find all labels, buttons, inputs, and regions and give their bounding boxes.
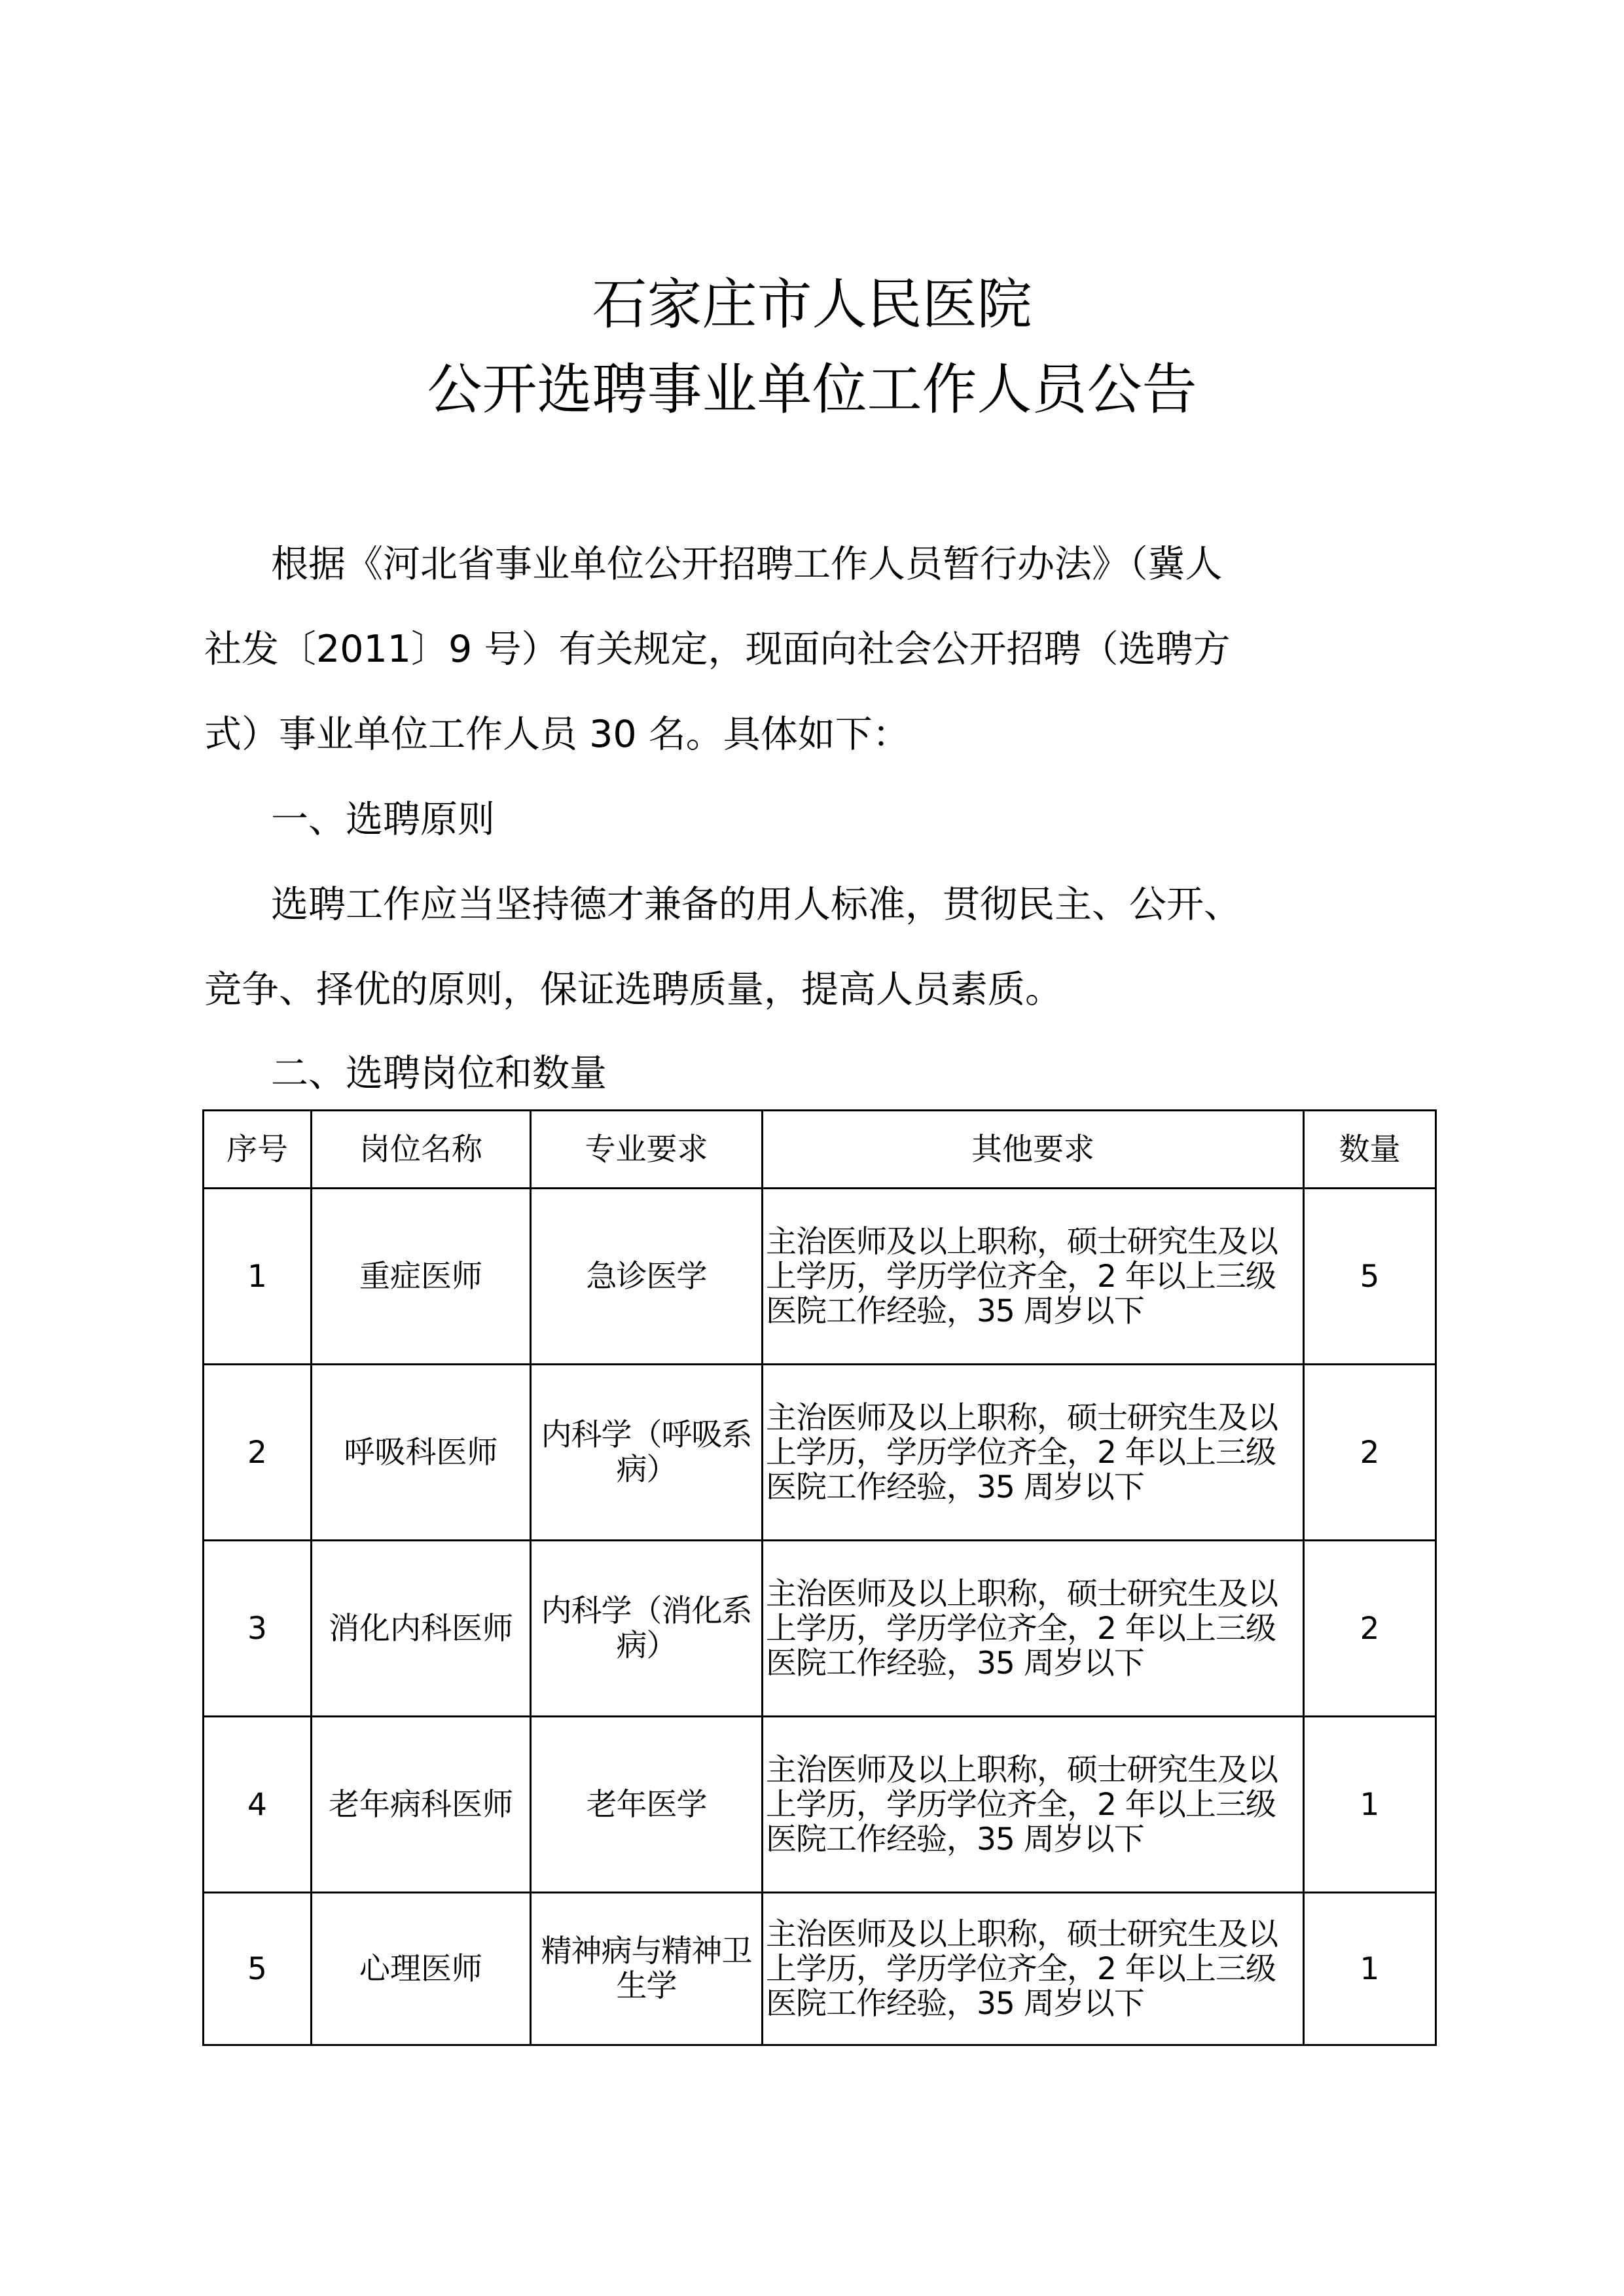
cell-major: 内科学（呼吸系病）: [531, 1365, 763, 1541]
cell-major: 老年医学: [531, 1717, 763, 1893]
table-row: 2 呼吸科医师 内科学（呼吸系病） 主治医师及以上职称，硕士研究生及以上学历，学…: [204, 1365, 1436, 1541]
cell-serial: 4: [204, 1717, 312, 1893]
cell-count: 2: [1304, 1541, 1436, 1717]
header-position: 岗位名称: [312, 1111, 531, 1189]
document-title-line-1: 石家庄市人民医院: [0, 272, 1624, 337]
section1-line-2: 竞争、择优的原则，保证选聘质量，提高人员素质。: [204, 963, 1435, 1016]
cell-count: 2: [1304, 1365, 1436, 1541]
intro-line-3: 式）事业单位工作人员 30 名。具体如下：: [204, 708, 1435, 761]
cell-other: 主治医师及以上职称，硕士研究生及以上学历，学历学位齐全，2 年以上三级医院工作经…: [763, 1541, 1304, 1717]
cell-major: 精神病与精神卫生学: [531, 1893, 763, 2045]
table-row: 3 消化内科医师 内科学（消化系病） 主治医师及以上职称，硕士研究生及以上学历，…: [204, 1541, 1436, 1717]
cell-major: 急诊医学: [531, 1189, 763, 1365]
cell-position: 心理医师: [312, 1893, 531, 2045]
header-count: 数量: [1304, 1111, 1436, 1189]
cell-serial: 2: [204, 1365, 312, 1541]
cell-count: 1: [1304, 1893, 1436, 2045]
cell-other: 主治医师及以上职称，硕士研究生及以上学历，学历学位齐全，2 年以上三级医院工作经…: [763, 1893, 1304, 2045]
cell-position: 老年病科医师: [312, 1717, 531, 1893]
document-title-line-2: 公开选聘事业单位工作人员公告: [0, 357, 1624, 422]
cell-major: 内科学（消化系病）: [531, 1541, 763, 1717]
table-header-row: 序号 岗位名称 专业要求 其他要求 数量: [204, 1111, 1436, 1189]
cell-position: 消化内科医师: [312, 1541, 531, 1717]
cell-count: 1: [1304, 1717, 1436, 1893]
intro-line-1: 根据《河北省事业单位公开招聘工作人员暂行办法》（冀人: [271, 538, 1502, 590]
cell-serial: 1: [204, 1189, 312, 1365]
header-major: 专业要求: [531, 1111, 763, 1189]
cell-other: 主治医师及以上职称，硕士研究生及以上学历，学历学位齐全，2 年以上三级医院工作经…: [763, 1365, 1304, 1541]
cell-serial: 3: [204, 1541, 312, 1717]
positions-table: 序号 岗位名称 专业要求 其他要求 数量 1 重症医师 急诊医学 主治医师及以上…: [202, 1109, 1437, 2046]
cell-serial: 5: [204, 1893, 312, 2045]
cell-other: 主治医师及以上职称，硕士研究生及以上学历，学历学位齐全，2 年以上三级医院工作经…: [763, 1189, 1304, 1365]
header-other: 其他要求: [763, 1111, 1304, 1189]
table-row: 4 老年病科医师 老年医学 主治医师及以上职称，硕士研究生及以上学历，学历学位齐…: [204, 1717, 1436, 1893]
cell-count: 5: [1304, 1189, 1436, 1365]
section1-heading: 一、选聘原则: [271, 793, 1502, 846]
cell-position: 呼吸科医师: [312, 1365, 531, 1541]
table-row: 5 心理医师 精神病与精神卫生学 主治医师及以上职称，硕士研究生及以上学历，学历…: [204, 1893, 1436, 2045]
section1-line-1: 选聘工作应当坚持德才兼备的用人标准，贯彻民主、公开、: [271, 878, 1502, 931]
intro-line-2: 社发〔2011〕9 号）有关规定，现面向社会公开招聘（选聘方: [204, 623, 1435, 675]
cell-position: 重症医师: [312, 1189, 531, 1365]
section2-heading: 二、选聘岗位和数量: [271, 1047, 1502, 1100]
cell-other: 主治医师及以上职称，硕士研究生及以上学历，学历学位齐全，2 年以上三级医院工作经…: [763, 1717, 1304, 1893]
header-serial: 序号: [204, 1111, 312, 1189]
table-row: 1 重症医师 急诊医学 主治医师及以上职称，硕士研究生及以上学历，学历学位齐全，…: [204, 1189, 1436, 1365]
